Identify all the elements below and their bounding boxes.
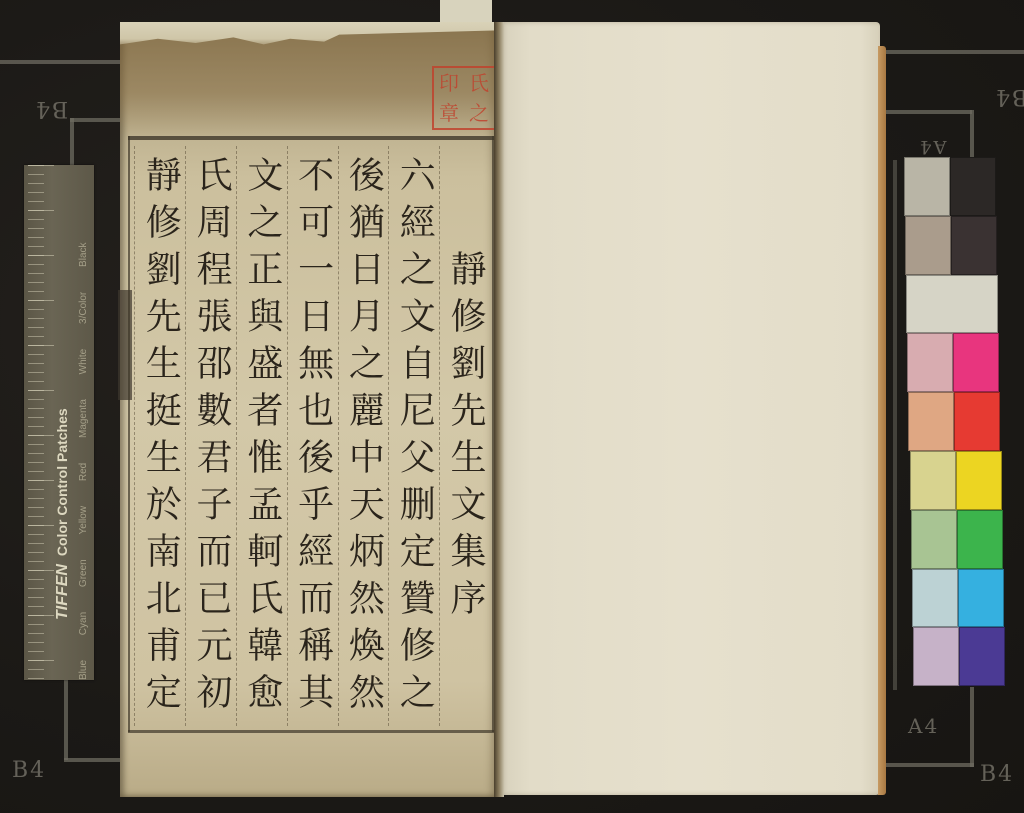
mat-label-b4: B4	[12, 758, 46, 783]
color-patch-dark-gray	[951, 216, 997, 275]
color-patch-cyan	[958, 569, 1004, 628]
ruler-color-name: Yellow	[78, 506, 89, 535]
ruler-color-name: Magenta	[78, 399, 89, 438]
color-patch-light-green	[911, 510, 957, 569]
ruler-color-name: White	[78, 349, 89, 375]
ruler-color-names: Blue Cyan Green Yellow Red Magenta White…	[78, 220, 89, 680]
mat-guide-line	[886, 50, 1024, 54]
color-patch-taupe	[905, 216, 951, 275]
print-frame-bottom	[128, 730, 494, 733]
seal-char: 氏	[464, 68, 494, 98]
mat-guide-line	[64, 680, 68, 760]
color-patch-red	[954, 392, 1000, 451]
color-patch-light-red	[908, 392, 954, 451]
ruler-product-name: Color Control Patches	[54, 408, 70, 556]
print-frame-left	[128, 136, 130, 732]
mat-label-b4: B4	[980, 762, 1014, 787]
seal-char: 之	[464, 98, 494, 128]
color-patch-light-blue	[913, 627, 959, 686]
mat-label-b4: B4	[994, 84, 1024, 109]
mat-label-a4: A4	[918, 136, 946, 157]
mat-guide-line	[970, 110, 974, 158]
ruler-color-name: Red	[78, 463, 89, 481]
text-column-title: 靜修劉先生文集序	[439, 146, 490, 726]
mat-label-a4: A4	[908, 714, 939, 738]
page-tab-marker	[440, 0, 492, 22]
color-patch-white	[906, 275, 998, 334]
text-column: 靜修劉先生挺生於南北甫定	[134, 146, 185, 726]
mat-label-b4: B4	[34, 96, 68, 121]
text-columns: 靜修劉先生文集序 六經之文自尼父删定贊修之 後猶日月之麗中天炳然煥然 不可一日無…	[134, 146, 490, 726]
text-column: 文之正與盛者惟孟軻氏韓愈	[236, 146, 287, 726]
text-column: 後猶日月之麗中天炳然煥然	[338, 146, 389, 726]
print-frame-top	[128, 136, 494, 140]
color-patch-black	[950, 157, 996, 216]
color-patch-light-cyan	[912, 569, 958, 628]
mat-guide-line	[70, 118, 74, 166]
color-patch-light-magenta	[907, 333, 953, 392]
text-column: 六經之文自尼父删定贊修之	[388, 146, 439, 726]
mat-guide-line	[70, 118, 122, 122]
mat-guide-line	[886, 763, 974, 767]
ruler-color-name: Green	[78, 559, 89, 587]
color-patch-blue	[959, 627, 1005, 686]
ruler-brand-label: TIFFEN Color Control Patches	[54, 408, 72, 620]
text-column: 不可一日無也後乎經而稱其	[287, 146, 338, 726]
color-control-patches	[904, 157, 1006, 687]
book-gutter	[494, 22, 504, 797]
color-patch-light-gray	[904, 157, 950, 216]
color-patch-light-yellow	[910, 451, 956, 510]
right-page-blank	[500, 22, 880, 795]
ruler-major-ticks	[28, 165, 54, 680]
red-collector-seal: 印 氏 章 之	[432, 66, 496, 130]
ruler-color-name: Black	[78, 242, 89, 266]
color-patch-yellow	[956, 451, 1002, 510]
text-column: 氏周程張邵數君子而已元初	[185, 146, 236, 726]
mat-guide-line	[970, 687, 974, 767]
mat-guide-line	[893, 160, 897, 690]
seal-char: 章	[434, 98, 464, 128]
mat-guide-line	[0, 60, 120, 64]
color-patch-magenta	[953, 333, 999, 392]
seal-char: 印	[434, 68, 464, 98]
book-fore-edge	[878, 46, 886, 795]
ruler-color-name: Cyan	[78, 612, 89, 635]
mat-guide-line	[886, 110, 972, 114]
ruler-color-name: Blue	[78, 660, 89, 680]
color-patch-green	[957, 510, 1003, 569]
mat-guide-line	[64, 758, 120, 762]
tiffen-logo: TIFFEN	[54, 564, 71, 620]
ruler-color-name: 3/Color	[78, 292, 89, 324]
